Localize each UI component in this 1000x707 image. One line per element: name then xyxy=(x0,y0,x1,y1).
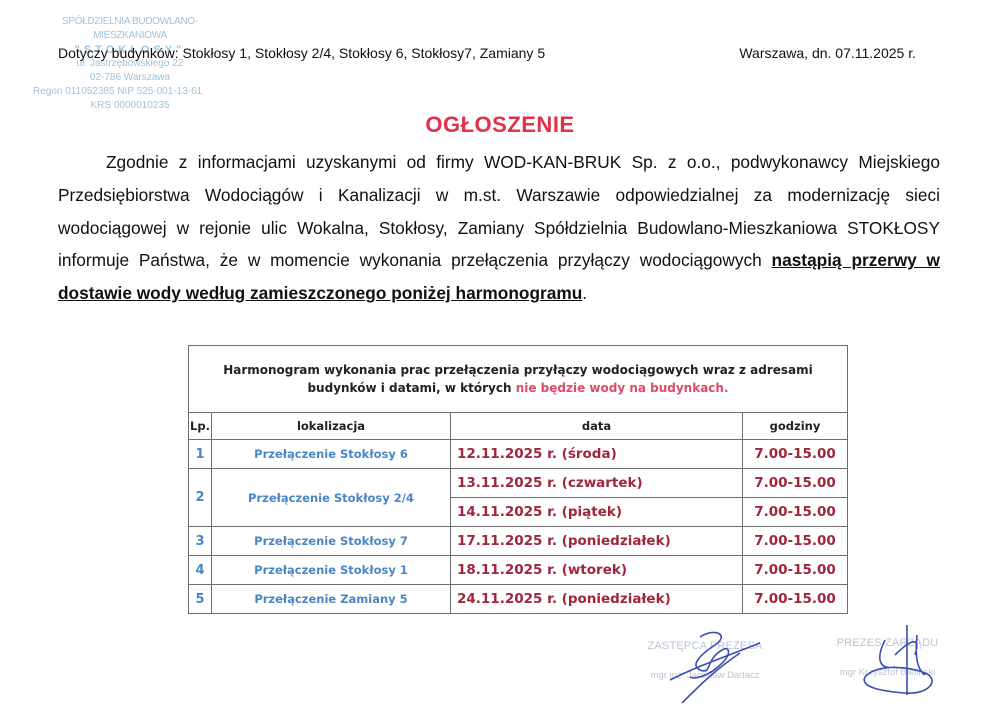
row-hours: 7.00-15.00 xyxy=(743,469,848,498)
handwritten-signature-1 xyxy=(660,625,770,707)
row-date: 17.11.2025 r. (poniedziałek) xyxy=(451,527,743,556)
row-hours: 7.00-15.00 xyxy=(743,556,848,585)
row-hours: 7.00-15.00 xyxy=(743,585,848,614)
row-location: Przełączenie Stokłosy 2/4 xyxy=(212,469,451,527)
row-date: 18.11.2025 r. (wtorek) xyxy=(451,556,743,585)
row-number: 5 xyxy=(189,585,212,614)
row-hours: 7.00-15.00 xyxy=(743,498,848,527)
table-row: 1Przełączenie Stokłosy 612.11.2025 r. (ś… xyxy=(189,440,848,469)
table-row: 5Przełączenie Zamiany 524.11.2025 r. (po… xyxy=(189,585,848,614)
schedule-caption: Harmonogram wykonania prac przełączenia … xyxy=(189,346,848,413)
body-end: . xyxy=(582,283,587,303)
row-number: 1 xyxy=(189,440,212,469)
row-location: Przełączenie Stokłosy 7 xyxy=(212,527,451,556)
stamp-org-line: SPÓŁDZIELNIA BUDOWLANO-MIESZKANIOWA xyxy=(30,15,230,43)
caption-highlight: nie będzie wody na budynkach. xyxy=(516,381,729,395)
col-header-lp: Lp. xyxy=(189,413,212,440)
row-hours: 7.00-15.00 xyxy=(743,527,848,556)
stamp-city-line: 02-786 Warszawa xyxy=(30,71,230,85)
stamp-regon-line: Regon 011052385 NIP 525-001-13-61 xyxy=(30,85,230,99)
row-location: Przełączenie Stokłosy 1 xyxy=(212,556,451,585)
document-title: OGŁOSZENIE xyxy=(0,112,1000,138)
row-number: 2 xyxy=(189,469,212,527)
schedule-table: Harmonogram wykonania prac przełączenia … xyxy=(188,345,848,614)
row-number: 3 xyxy=(189,527,212,556)
place-date: Warszawa, dn. 07.11.2025 r. xyxy=(739,45,916,61)
col-header-date: data xyxy=(451,413,743,440)
col-header-hours: godziny xyxy=(743,413,848,440)
table-row: 2Przełączenie Stokłosy 2/413.11.2025 r. … xyxy=(189,469,848,498)
cooperative-stamp: SPÓŁDZIELNIA BUDOWLANO-MIESZKANIOWA "STO… xyxy=(30,15,230,113)
row-date: 12.11.2025 r. (środa) xyxy=(451,440,743,469)
announcement-body: Zgodnie z informacjami uzyskanymi od fir… xyxy=(58,146,940,310)
row-date: 24.11.2025 r. (poniedziałek) xyxy=(451,585,743,614)
col-header-location: lokalizacja xyxy=(212,413,451,440)
row-number: 4 xyxy=(189,556,212,585)
subject-line: Dotyczy budynków: Stokłosy 1, Stokłosy 2… xyxy=(58,45,545,61)
handwritten-signature-2 xyxy=(855,615,950,707)
row-date: 14.11.2025 r. (piątek) xyxy=(451,498,743,527)
stamp-krs-line: KRS 0000010235 xyxy=(30,99,230,113)
table-header-row: Lp. lokalizacja data godziny xyxy=(189,413,848,440)
row-location: Przełączenie Zamiany 5 xyxy=(212,585,451,614)
table-row: 3Przełączenie Stokłosy 717.11.2025 r. (p… xyxy=(189,527,848,556)
table-row: 4Przełączenie Stokłosy 118.11.2025 r. (w… xyxy=(189,556,848,585)
row-date: 13.11.2025 r. (czwartek) xyxy=(451,469,743,498)
row-hours: 7.00-15.00 xyxy=(743,440,848,469)
row-location: Przełączenie Stokłosy 6 xyxy=(212,440,451,469)
